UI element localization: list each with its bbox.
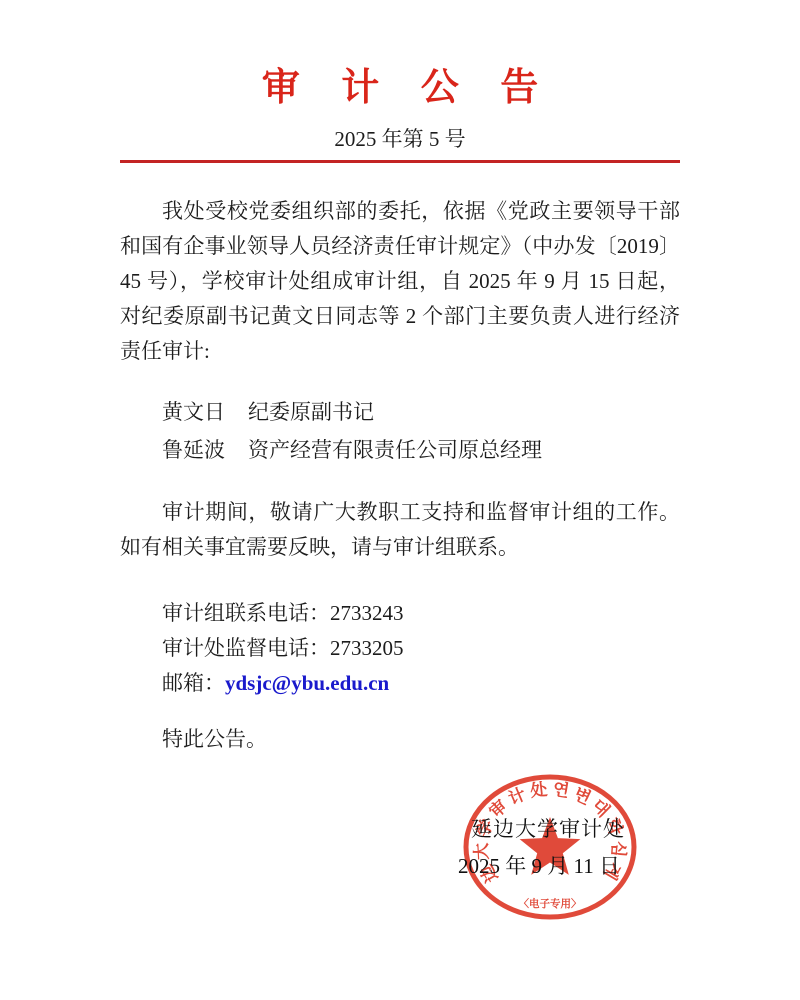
contact-row: 邮箱：ydsjc@ybu.edu.cn bbox=[120, 666, 680, 701]
issue-date: 2025 年 9 月 11 日 bbox=[458, 850, 620, 880]
contact-label: 审计组联系电话： bbox=[162, 601, 330, 625]
header-rule bbox=[120, 160, 680, 163]
issuer-signature: 延边大学审计处 bbox=[471, 813, 625, 843]
audit-notice-document: 审 计 公 告 2025 年第 5 号 我处受校党委组织部的委托，依据《党政主要… bbox=[0, 0, 800, 1000]
contact-list: 审计组联系电话：2733243 审计处监督电话：2733205 邮箱：ydsjc… bbox=[120, 596, 680, 701]
auditee-list: 黄文日纪委原副书记 鲁延波资产经营有限责任公司原总经理 bbox=[120, 393, 680, 469]
intro-paragraph: 我处受校党委组织部的委托，依据《党政主要领导干部和国有企事业领导人员经济责任审计… bbox=[120, 194, 680, 369]
seal-subtitle: 〈电子专用〉 bbox=[519, 897, 582, 910]
contact-phone: 2733243 bbox=[330, 601, 404, 625]
contact-label: 邮箱： bbox=[162, 671, 225, 695]
doc-number: 2025 年第 5 号 bbox=[120, 123, 680, 153]
contact-phone: 2733205 bbox=[330, 636, 404, 660]
document-content: 审 计 公 告 2025 年第 5 号 我处受校党委组织部的委托，依据《党政主要… bbox=[0, 56, 800, 757]
seal-graphic: 延边大学审计处연변대학심계처 〈电子专用〉 bbox=[450, 770, 650, 925]
auditee-title: 资产经营有限责任公司原总经理 bbox=[248, 438, 542, 462]
closing-line: 特此公告。 bbox=[120, 722, 680, 757]
contact-label: 审计处监督电话： bbox=[162, 636, 330, 660]
notice-paragraph: 审计期间，敬请广大教职工支持和监督审计组的工作。如有相关事宜需要反映，请与审计组… bbox=[120, 495, 680, 565]
auditee-name: 黄文日 bbox=[162, 400, 225, 424]
official-seal: 延边大学审计处연변대학심계처 〈电子专用〉 bbox=[450, 770, 650, 925]
contact-row: 审计组联系电话：2733243 bbox=[120, 596, 680, 631]
contact-row: 审计处监督电话：2733205 bbox=[120, 631, 680, 666]
auditee-name: 鲁延波 bbox=[162, 438, 225, 462]
page-title: 审 计 公 告 bbox=[120, 56, 680, 111]
auditee-row: 黄文日纪委原副书记 bbox=[120, 393, 680, 431]
auditee-title: 纪委原副书记 bbox=[248, 400, 374, 424]
email-link[interactable]: ydsjc@ybu.edu.cn bbox=[225, 671, 389, 695]
auditee-row: 鲁延波资产经营有限责任公司原总经理 bbox=[120, 431, 680, 469]
